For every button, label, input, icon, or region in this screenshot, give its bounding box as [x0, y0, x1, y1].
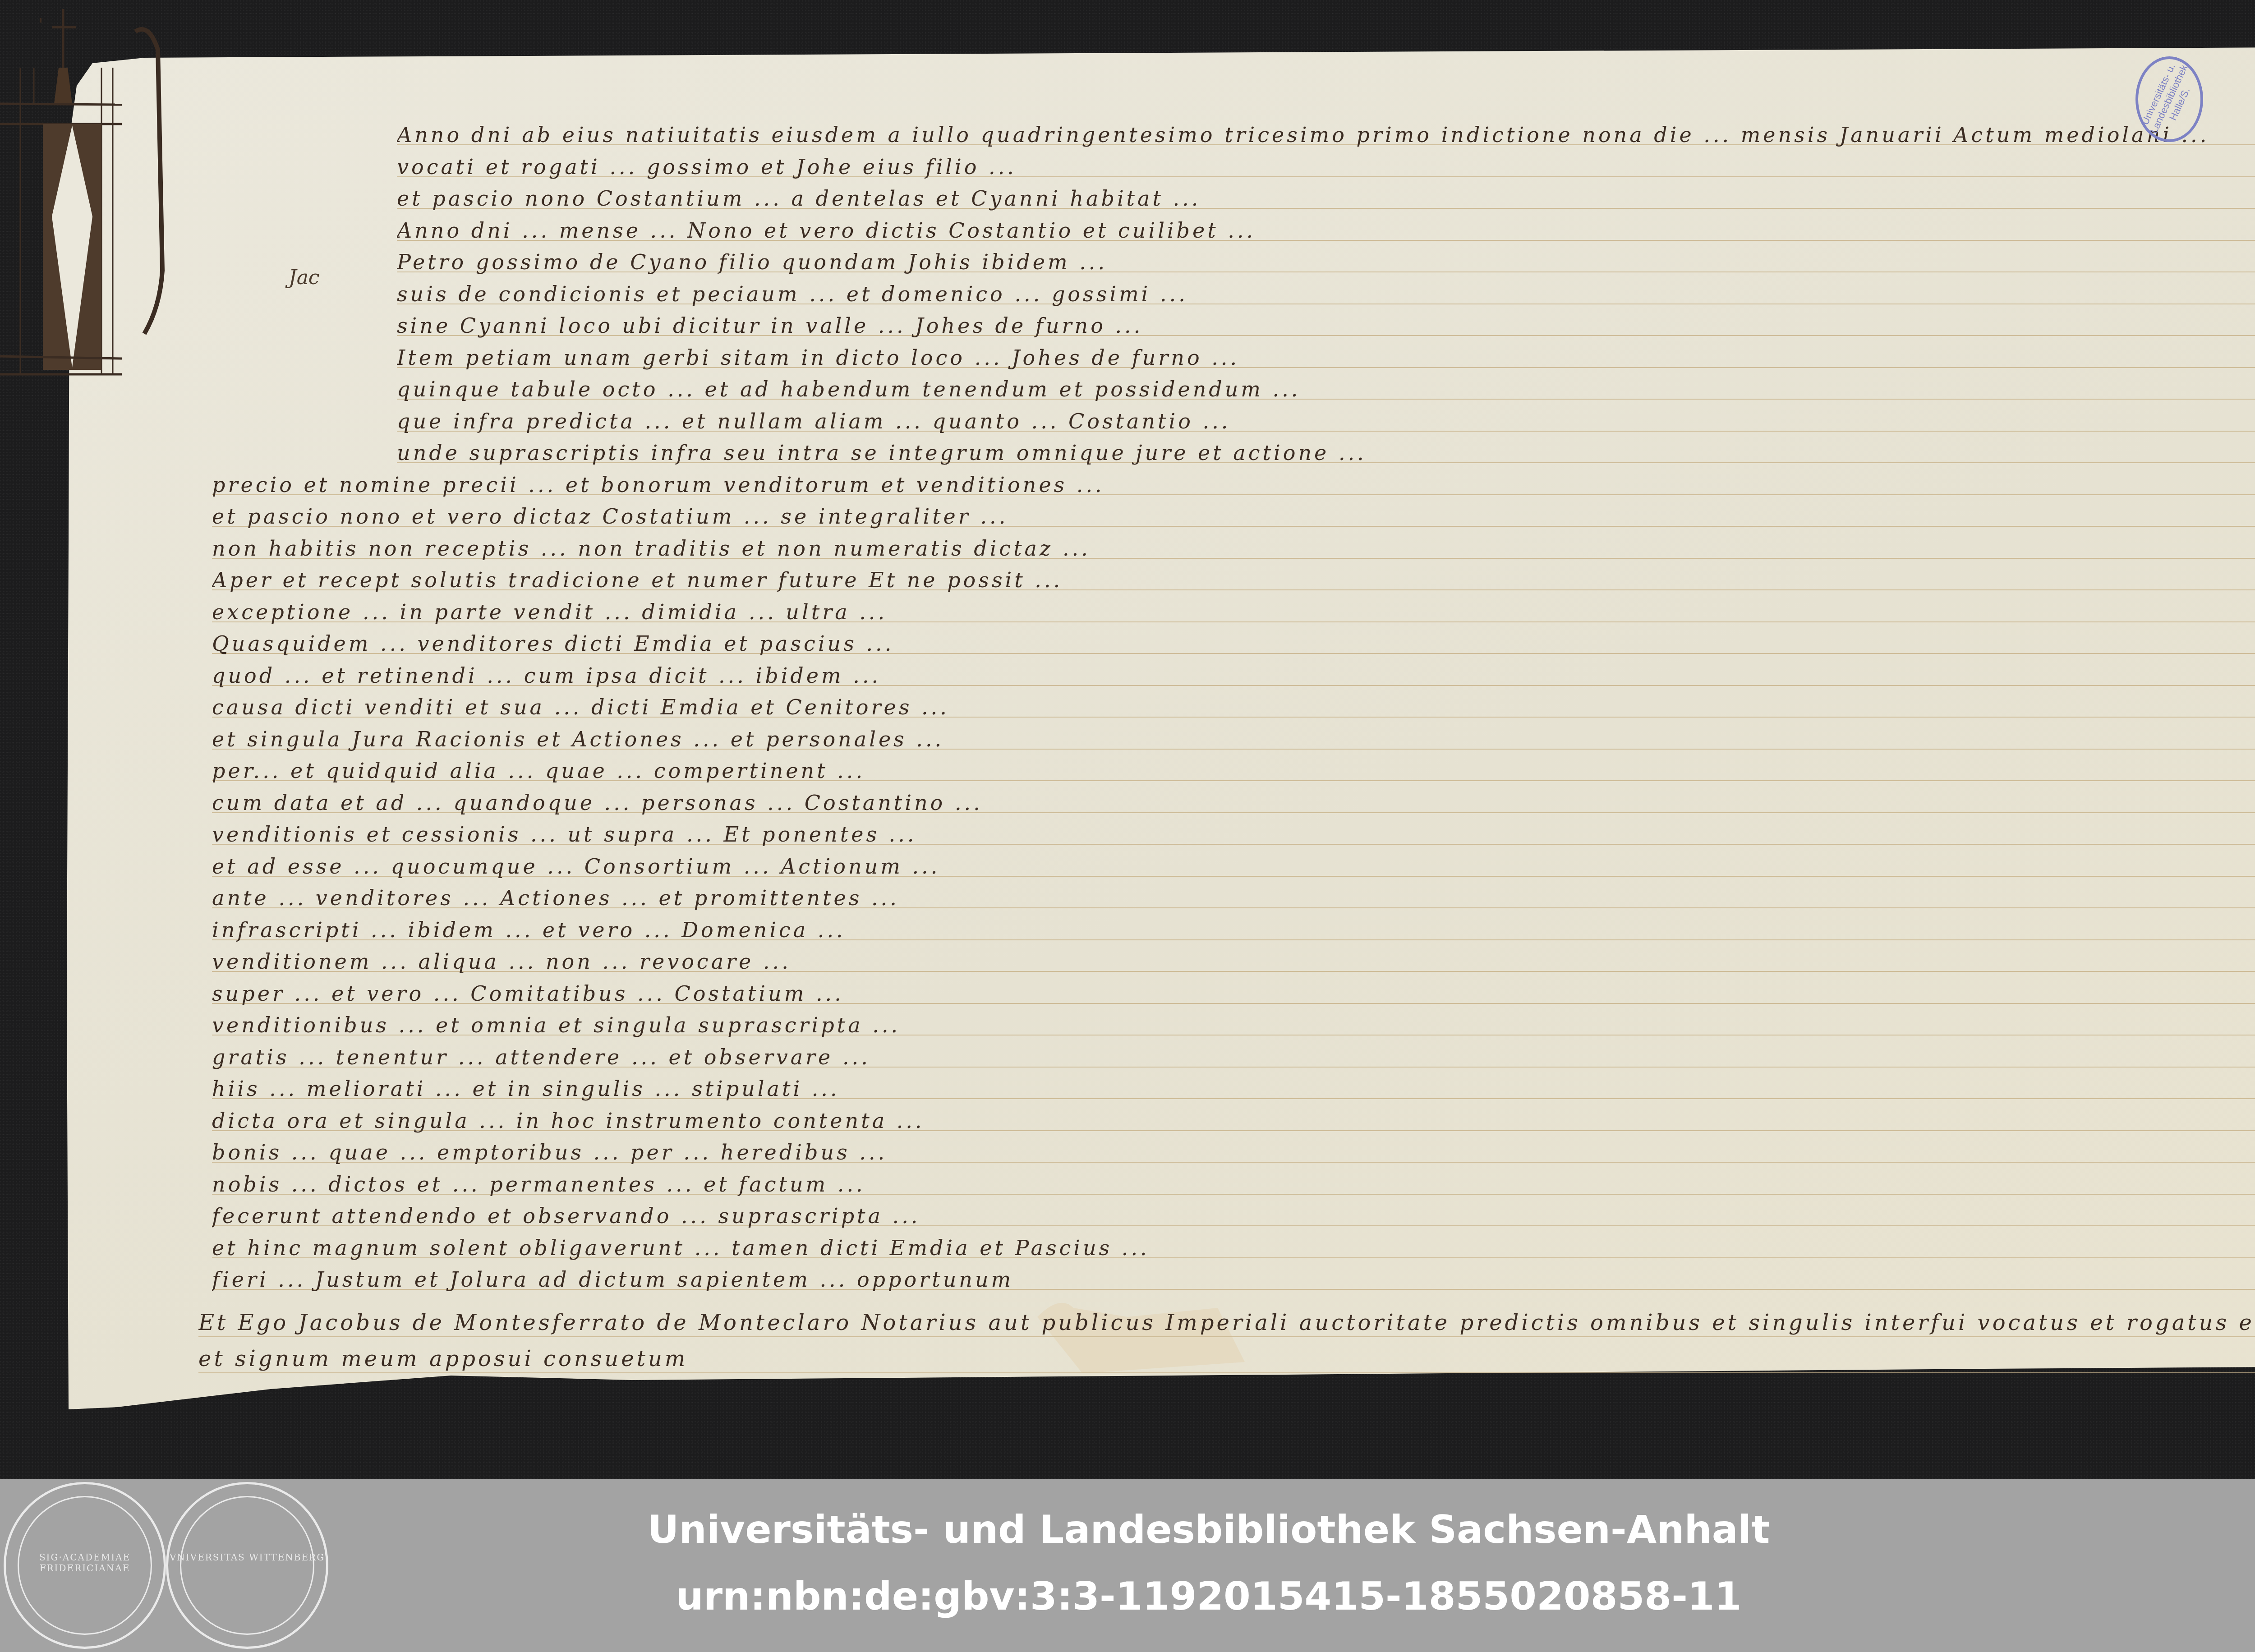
manuscript-line: nobis ... dictos et ... permanentes ... … [212, 1172, 2255, 1196]
manuscript-line: vocati et rogati ... gossimo et Johe eiu… [397, 155, 2255, 179]
initial-label: Jac [289, 266, 320, 289]
manuscript-line: suis de condicionis et peciaum ... et do… [397, 282, 2255, 306]
manuscript-line: Anno dni ... mense ... Nono et vero dict… [397, 218, 2255, 243]
manuscript-line: et ad esse ... quocumque ... Consortium … [212, 854, 2255, 879]
manuscript-line: cum data et ad ... quandoque ... persona… [212, 791, 2255, 815]
library-name: Universitäts- und Landesbibliothek Sachs… [0, 1507, 2255, 1552]
manuscript-line: que infra predicta ... et nullam aliam .… [397, 409, 2255, 433]
manuscript-line: quod ... et retinendi ... cum ipsa dicit… [212, 663, 2255, 688]
notary-subscription-line: Et Ego Jacobus de Montesferrato de Monte… [198, 1310, 2255, 1335]
manuscript-line: non habitis non receptis ... non traditi… [212, 536, 2255, 561]
manuscript-line: et pascio nono Costantium ... a dentelas… [397, 186, 2255, 211]
ornamental-initial-icon [0, 0, 216, 397]
footer-bar: SIG·ACADEMIAE FRIDERICIANAE VNIVERSITAS … [0, 1479, 2255, 1652]
manuscript-line: fecerunt attendendo et observando ... su… [212, 1204, 2255, 1228]
manuscript-line: causa dicti venditi et sua ... dicti Emd… [212, 695, 2255, 719]
manuscript-line: gratis ... tenentur ... attendere ... et… [212, 1045, 2255, 1069]
manuscript-line: bonis ... quae ... emptoribus ... per ..… [212, 1140, 2255, 1164]
ruled-line [198, 1372, 2255, 1373]
manuscript-line: Petro gossimo de Cyano filio quondam Joh… [397, 250, 2255, 274]
ruled-line [198, 1336, 2255, 1337]
manuscript-line: hiis ... meliorati ... et in singulis ..… [212, 1077, 2255, 1101]
manuscript-line: et hinc magnum solent obligaverunt ... t… [212, 1236, 2255, 1260]
urn-identifier: urn:nbn:de:gbv:3:3-1192015415-1855020858… [0, 1574, 2255, 1619]
notary-subscription-line: et signum meum apposui consuetum [198, 1346, 830, 1371]
manuscript-line: unde suprascriptis infra seu intra se in… [397, 441, 2255, 465]
library-stamp: Universitäts- u. Landesbibliothek Halle/… [2135, 56, 2203, 142]
manuscript-line: venditionem ... aliqua ... non ... revoc… [212, 949, 2255, 974]
manuscript-line: super ... et vero ... Comitatibus ... Co… [212, 981, 2255, 1006]
manuscript-line: venditionibus ... et omnia et singula su… [212, 1013, 2255, 1037]
parchment-sheet: Anno dni ab eius natiuitatis eiusdem a i… [0, 0, 2255, 1479]
manuscript-line: venditionis et cessionis ... ut supra ..… [212, 822, 2255, 847]
manuscript-line: Anno dni ab eius natiuitatis eiusdem a i… [397, 123, 2255, 147]
manuscript-line: dicta ora et singula ... in hoc instrume… [212, 1109, 2255, 1133]
manuscript-line: precio et nomine precii ... et bonorum v… [212, 473, 2255, 497]
manuscript-line: et singula Jura Racionis et Actiones ...… [212, 727, 2255, 751]
manuscript-line: et pascio nono et vero dictaz Costatium … [212, 504, 2255, 529]
manuscript-line: Item petiam unam gerbi sitam in dicto lo… [397, 345, 2255, 370]
manuscript-line: Quasquidem ... venditores dicti Emdia et… [212, 631, 2255, 656]
manuscript-line: ante ... venditores ... Actiones ... et … [212, 886, 2255, 910]
manuscript-line: exceptione ... in parte vendit ... dimid… [212, 600, 2255, 624]
manuscript-line: sine Cyanni loco ubi dicitur in valle ..… [397, 313, 2255, 338]
manuscript-line: fieri ... Justum et Jolura ad dictum sap… [212, 1267, 2255, 1292]
manuscript-line: infrascripti ... ibidem ... et vero ... … [212, 918, 2255, 942]
manuscript-line: Aper et recept solutis tradicione et num… [212, 568, 2255, 592]
manuscript-line: per... et quidquid alia ... quae ... com… [212, 759, 2255, 783]
manuscript-line: quinque tabule octo ... et ad habendum t… [397, 377, 2255, 401]
